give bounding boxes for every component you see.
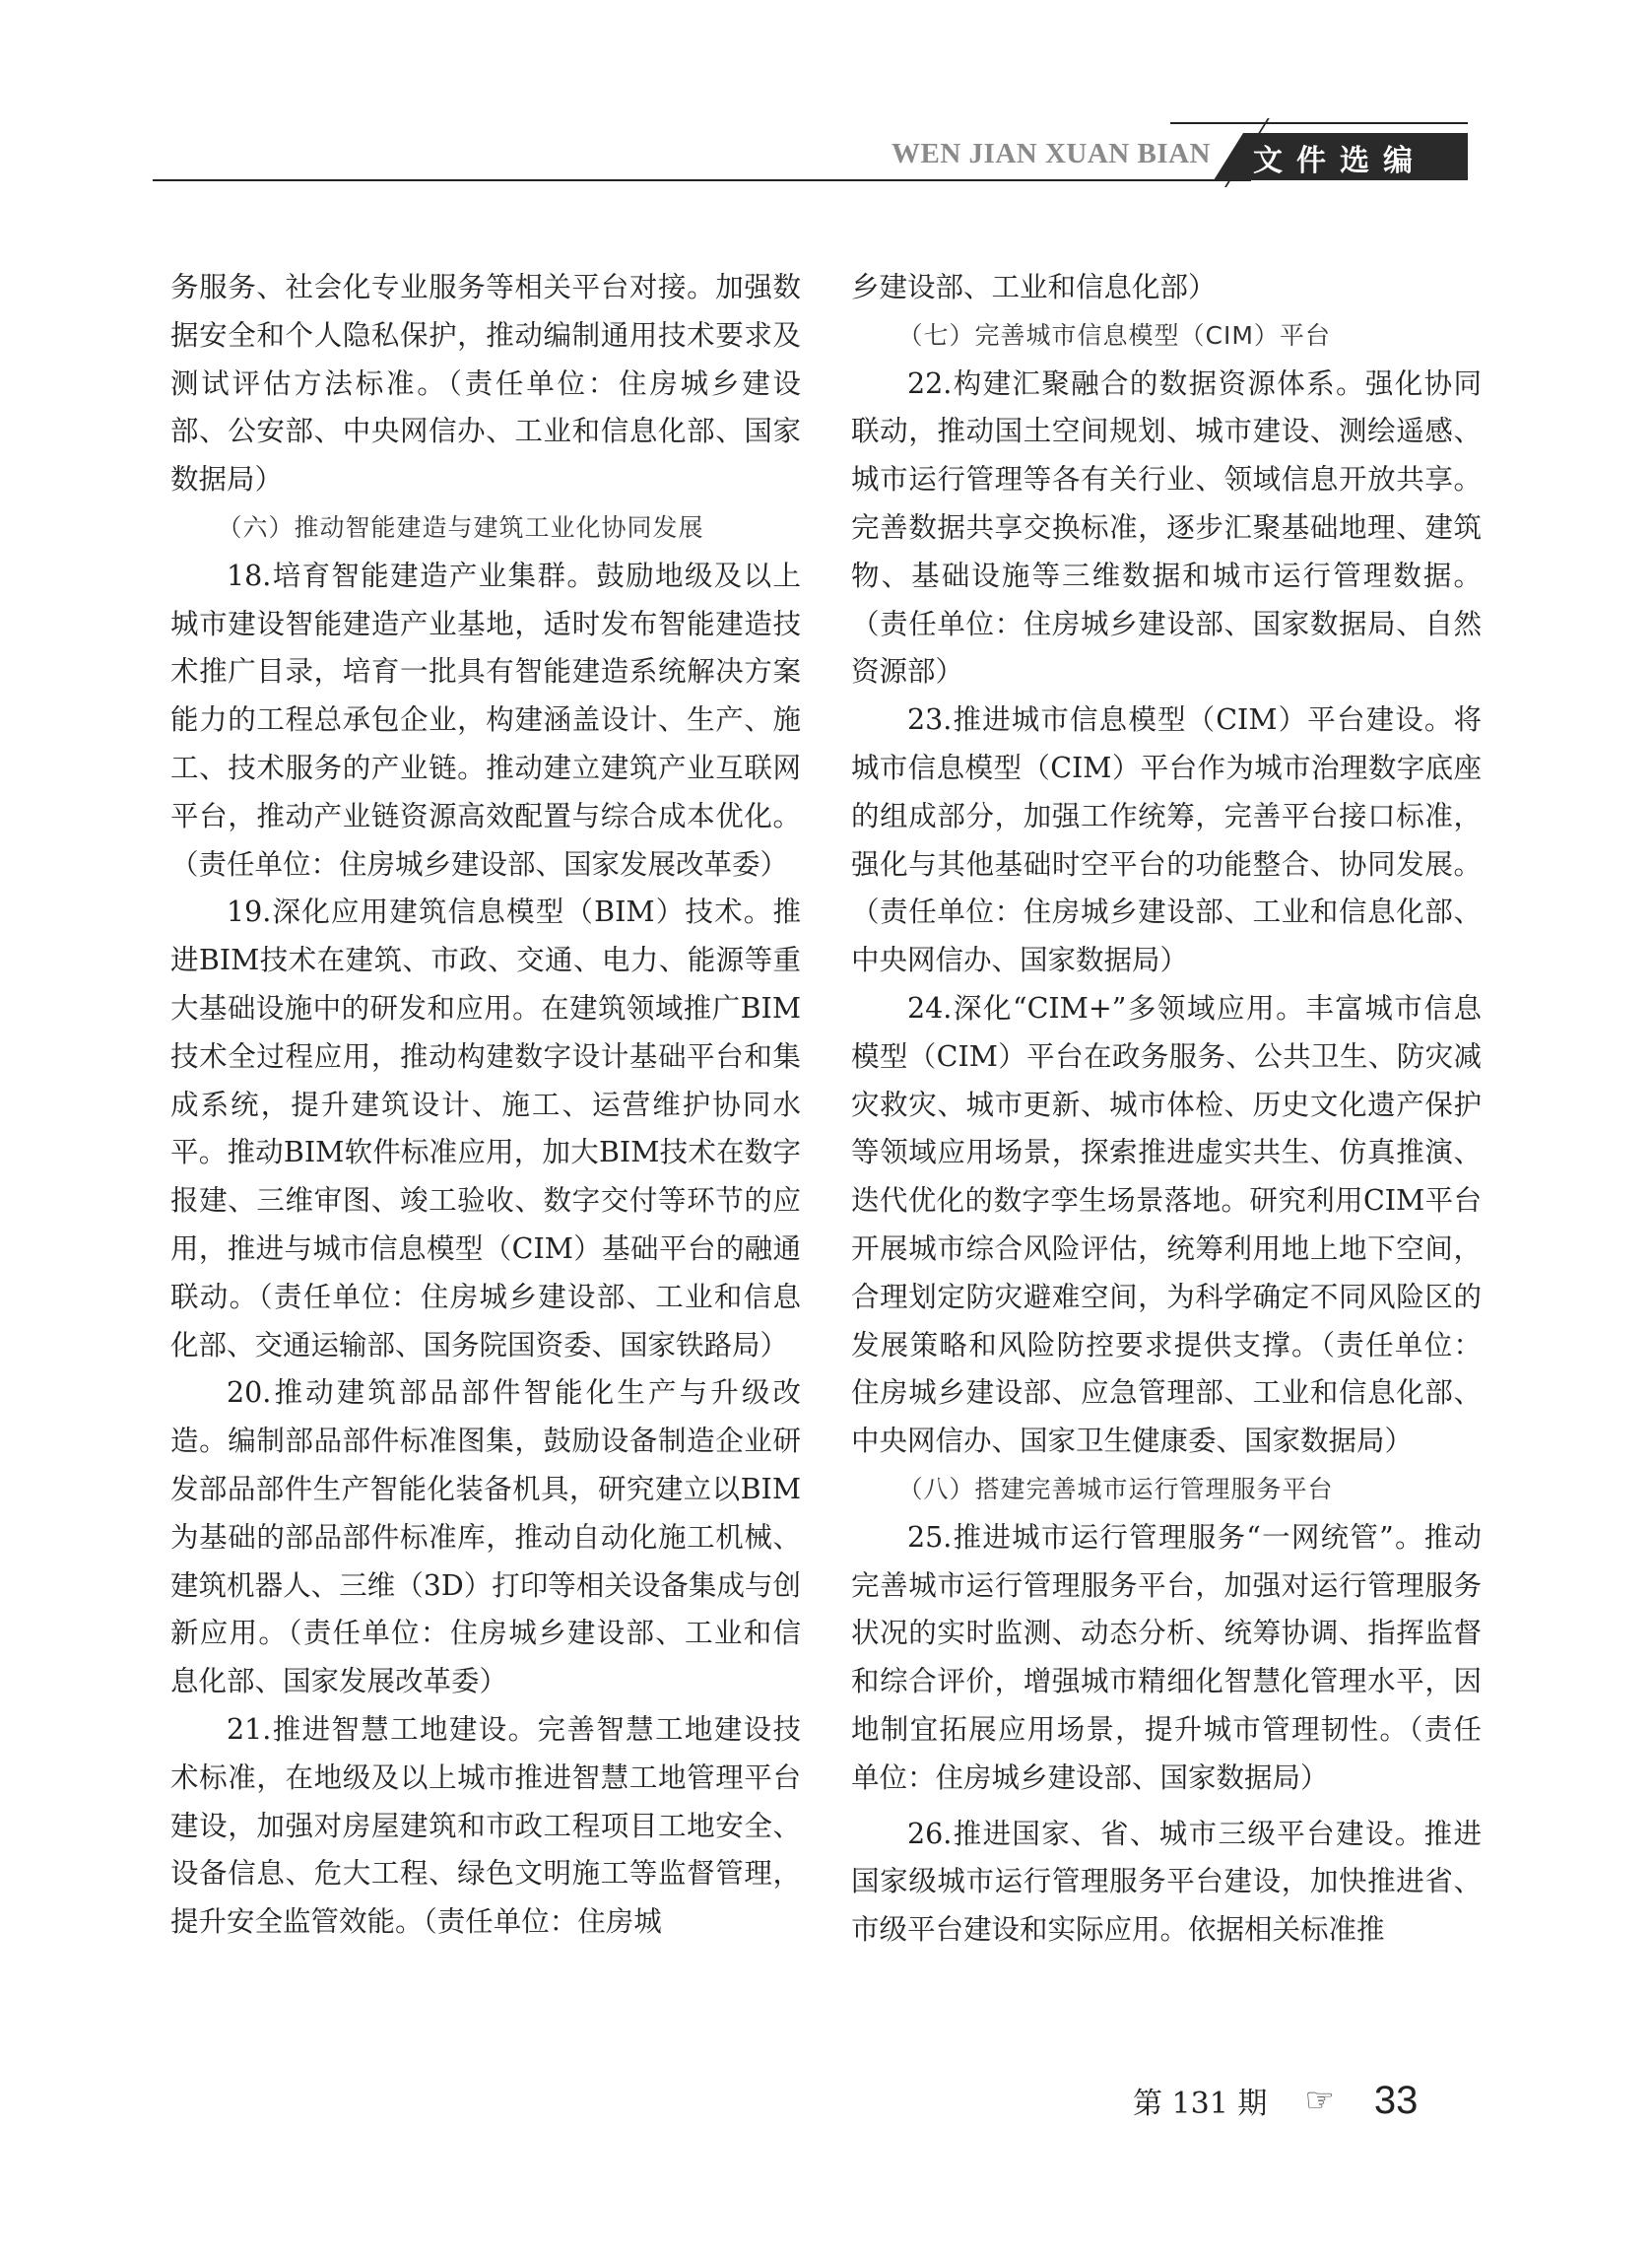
page-footer: 第 131 期 ☞ 33 [1133,2071,1418,2130]
page-number: 33 [1374,2079,1419,2123]
section-tab-wedge [1214,133,1243,180]
section-heading-6: （六）推动智能建造与建筑工业化协同发展 [170,504,801,553]
paragraph-item-18: 18.培育智能建造产业集群。鼓励地级及以上城市建设智能建造产业基地，适时发布智能… [170,553,801,890]
paragraph-item-23: 23.推进城市信息模型（CIM）平台建设。将城市信息模型（CIM）平台作为城市治… [851,697,1482,985]
paragraph-item-20: 20.推动建筑部品部件智能化生产与升级改造。编制部品部件标准图集，鼓励设备制造企… [170,1369,801,1706]
page-header: WEN JIAN XUAN BIAN 文件选编 [0,0,1652,197]
paragraph-continued: 乡建设部、工业和信息化部） [851,264,1482,312]
paragraph-item-21: 21.推进智慧工地建设。完善智慧工地建设技术标准，在地级及以上城市推进智慧工地管… [170,1706,801,1947]
left-column: 务服务、社会化专业服务等相关平台对接。加强数据安全和个人隐私保护，推动编制通用技… [170,264,801,1947]
paragraph-item-19: 19.深化应用建筑信息模型（BIM）技术。推进BIM技术在建筑、市政、交通、电力… [170,889,801,1369]
running-title-en: WEN JIAN XUAN BIAN [892,138,1211,170]
paragraph-item-25: 25.推进城市运行管理服务“一网统管”。推动完善城市运行管理服务平台，加强对运行… [851,1514,1482,1803]
section-tab-title: 文件选编 [1253,136,1426,179]
header-rule-top [1170,122,1468,124]
paragraph-item-22: 22.构建汇聚融合的数据资源体系。强化协同联动，推动国土空间规划、城市建设、测绘… [851,361,1482,697]
header-rule [153,179,1251,181]
issue-label: 第 131 期 [1133,2079,1267,2122]
section-heading-7: （七）完善城市信息模型（CIM）平台 [851,312,1482,361]
paragraph-item-26: 26.推进国家、省、城市三级平台建设。推进国家级城市运行管理服务平台建设，加快推… [851,1811,1482,1955]
right-column: 乡建设部、工业和信息化部） （七）完善城市信息模型（CIM）平台 22.构建汇聚… [851,264,1482,1955]
paragraph-continued: 务服务、社会化专业服务等相关平台对接。加强数据安全和个人隐私保护，推动编制通用技… [170,264,801,504]
pointing-hand-icon: ☞ [1304,2081,1334,2120]
paragraph-item-24: 24.深化“CIM+”多领域应用。丰富城市信息模型（CIM）平台在政务服务、公共… [851,985,1482,1466]
section-heading-8: （八）搭建完善城市运行管理服务平台 [851,1466,1482,1514]
